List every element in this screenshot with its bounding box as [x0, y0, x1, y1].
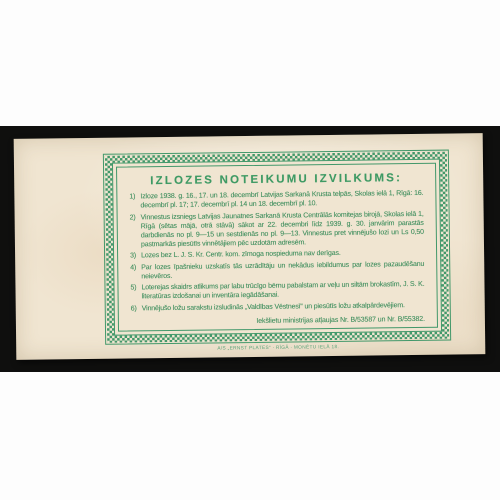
rule-text: Loterejas skaidrs atlikums par labu trūc… — [141, 281, 424, 300]
printer-imprint: A/S „ERNST PLATES“ ∙ RĪGĀ ∙ MONĒTU IELĀ … — [140, 344, 417, 352]
rule-number: 6) — [131, 304, 137, 313]
rule-number: 3) — [130, 251, 136, 260]
ornamental-frame: IZLOZES NOTEIKUMU IZVILKUMS: 1) Izloze 1… — [103, 150, 451, 345]
rules-title: IZLOZES NOTEIKUMU IZVILKUMS: — [129, 172, 423, 188]
rules-list: 1) Izloze 1938. g. 16., 17. un 18. decem… — [129, 189, 424, 313]
rule-text: Izloze 1938. g. 16., 17. un 18. decembrī… — [140, 190, 423, 209]
rule-item-1: 1) Izloze 1938. g. 16., 17. un 18. decem… — [129, 189, 423, 211]
rule-number: 1) — [129, 192, 135, 201]
rule-number: 5) — [130, 283, 136, 292]
rule-item-3: 3) Lozes bez L. J. S. Kr. Centr. kom. zī… — [130, 248, 424, 261]
lottery-ticket-back: 2 IZLOZES NOTEIKUMU IZVILKUMS: 1) Izloze… — [14, 133, 486, 360]
rule-text: Lozes bez L. J. S. Kr. Centr. kom. zīmog… — [141, 250, 341, 259]
frame-content: IZLOZES NOTEIKUMU IZVILKUMS: 1) Izloze 1… — [116, 163, 438, 332]
rule-text: Vinnējušo ložu sarakstu izsludinās „Vald… — [142, 302, 405, 312]
rule-number: 2) — [130, 213, 136, 222]
rule-item-4: 4) Par lozes īpašnieku uzskatīs tās uzrā… — [130, 259, 424, 281]
frame-inner-line: IZLOZES NOTEIKUMU IZVILKUMS: 1) Izloze 1… — [112, 159, 442, 336]
frame-checker-band: IZLOZES NOTEIKUMU IZVILKUMS: 1) Izloze 1… — [105, 152, 449, 343]
rule-item-6: 6) Vinnējušo ložu sarakstu izsludinās „V… — [131, 300, 425, 313]
photo-background: 2 IZLOZES NOTEIKUMU IZVILKUMS: 1) Izloze… — [0, 126, 500, 372]
page: { "ticket": { "title": "IZLOZES NOTEIKUM… — [0, 0, 500, 500]
rule-text: Vinnestus izsniegs Latvijas Jaunatnes Sa… — [141, 210, 424, 247]
rule-item-5: 5) Loterejas skaidrs atlikums par labu t… — [130, 280, 424, 302]
rule-item-2: 2) Vinnestus izsniegs Latvijas Jaunatnes… — [130, 209, 424, 249]
rule-text: Par lozes īpašnieku uzskatīs tās uzrādīt… — [141, 260, 424, 279]
ministry-permit-line: Iekšlietu ministrijas atļaujas Nr. B/535… — [131, 314, 425, 327]
rule-number: 4) — [130, 263, 136, 272]
